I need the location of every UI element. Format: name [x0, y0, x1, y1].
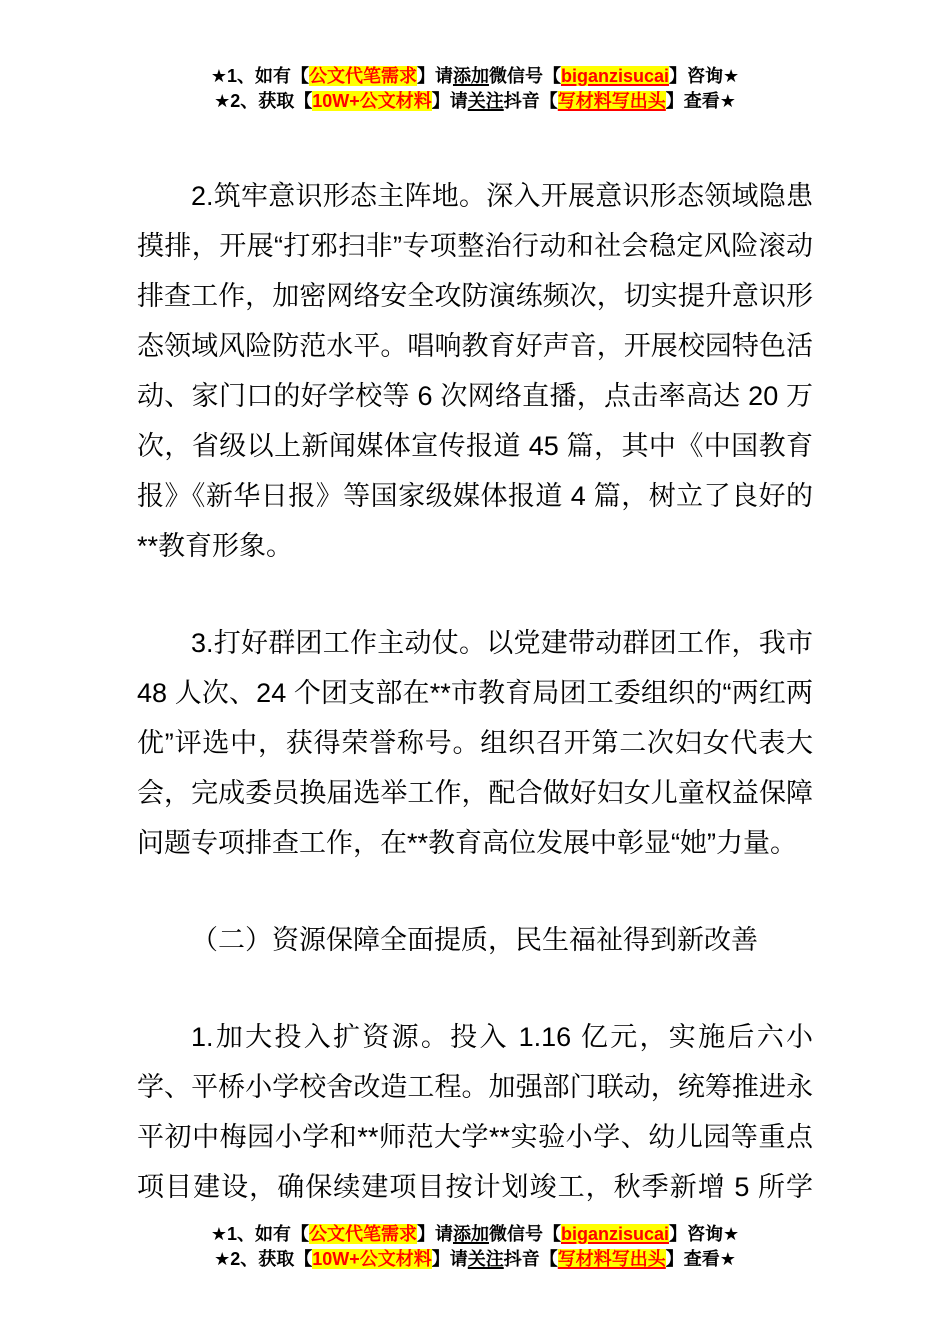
ad-underline-action: 关注: [468, 1249, 504, 1269]
ad-text: 抖音【: [504, 91, 558, 111]
ad-highlight-keyword: 10W+公文材料: [312, 1249, 432, 1269]
ad-line-2: ★2、获取【10W+公文材料】请关注抖音【写材料写出头】查看★: [0, 1247, 950, 1272]
ad-text: 】请: [432, 91, 468, 111]
ad-text: 】咨询★: [669, 66, 739, 86]
ad-line-1: ★1、如有【公文代笔需求】请添加微信号【biganzisucai】咨询★: [0, 1222, 950, 1247]
body-paragraph-youth-league: 3.打好群团工作主动仗。以党建带动群团工作，我市 48 人次、24 个团支部在*…: [137, 618, 813, 868]
ad-text: ★1、如有【: [211, 66, 309, 86]
section-heading: （二）资源保障全面提质，民生福祉得到新改善: [137, 915, 813, 965]
ad-text: ★1、如有【: [211, 1224, 309, 1244]
ad-text: ★2、获取【: [214, 91, 312, 111]
ad-highlight-keyword: 10W+公文材料: [312, 91, 432, 111]
ad-highlight-keyword: 公文代笔需求: [309, 1224, 417, 1244]
ad-text: 】请: [417, 66, 453, 86]
ad-text: 】查看★: [666, 1249, 736, 1269]
ad-line-1: ★1、如有【公文代笔需求】请添加微信号【biganzisucai】咨询★: [0, 64, 950, 89]
ad-underline-action: 关注: [468, 91, 504, 111]
ad-text: 】请: [432, 1249, 468, 1269]
ad-text: ★2、获取【: [214, 1249, 312, 1269]
ad-text: 微信号【: [489, 1224, 561, 1244]
document-body: 2.筑牢意识形态主阵地。深入开展意识形态领域隐患摸排，开展“打邪扫非”专项整治行…: [137, 171, 813, 1262]
ad-text: 抖音【: [504, 1249, 558, 1269]
ad-wechat-id: biganzisucai: [561, 1224, 669, 1244]
ad-underline-action: 添加: [453, 66, 489, 86]
ad-banner-bottom: ★1、如有【公文代笔需求】请添加微信号【biganzisucai】咨询★ ★2、…: [0, 1216, 950, 1272]
body-paragraph-ideology: 2.筑牢意识形态主阵地。深入开展意识形态领域隐患摸排，开展“打邪扫非”专项整治行…: [137, 171, 813, 571]
ad-douyin-id: 写材料写出头: [558, 1249, 666, 1269]
ad-text: 】请: [417, 1224, 453, 1244]
ad-text: 】查看★: [666, 91, 736, 111]
ad-douyin-id: 写材料写出头: [558, 91, 666, 111]
document-page: ★1、如有【公文代笔需求】请添加微信号【biganzisucai】咨询★ ★2、…: [0, 0, 950, 1344]
ad-underline-action: 添加: [453, 1224, 489, 1244]
ad-text: 微信号【: [489, 66, 561, 86]
ad-text: 】咨询★: [669, 1224, 739, 1244]
ad-line-2: ★2、获取【10W+公文材料】请关注抖音【写材料写出头】查看★: [0, 89, 950, 114]
ad-highlight-keyword: 公文代笔需求: [309, 66, 417, 86]
ad-banner-top: ★1、如有【公文代笔需求】请添加微信号【biganzisucai】咨询★ ★2、…: [0, 0, 950, 114]
ad-wechat-id: biganzisucai: [561, 66, 669, 86]
